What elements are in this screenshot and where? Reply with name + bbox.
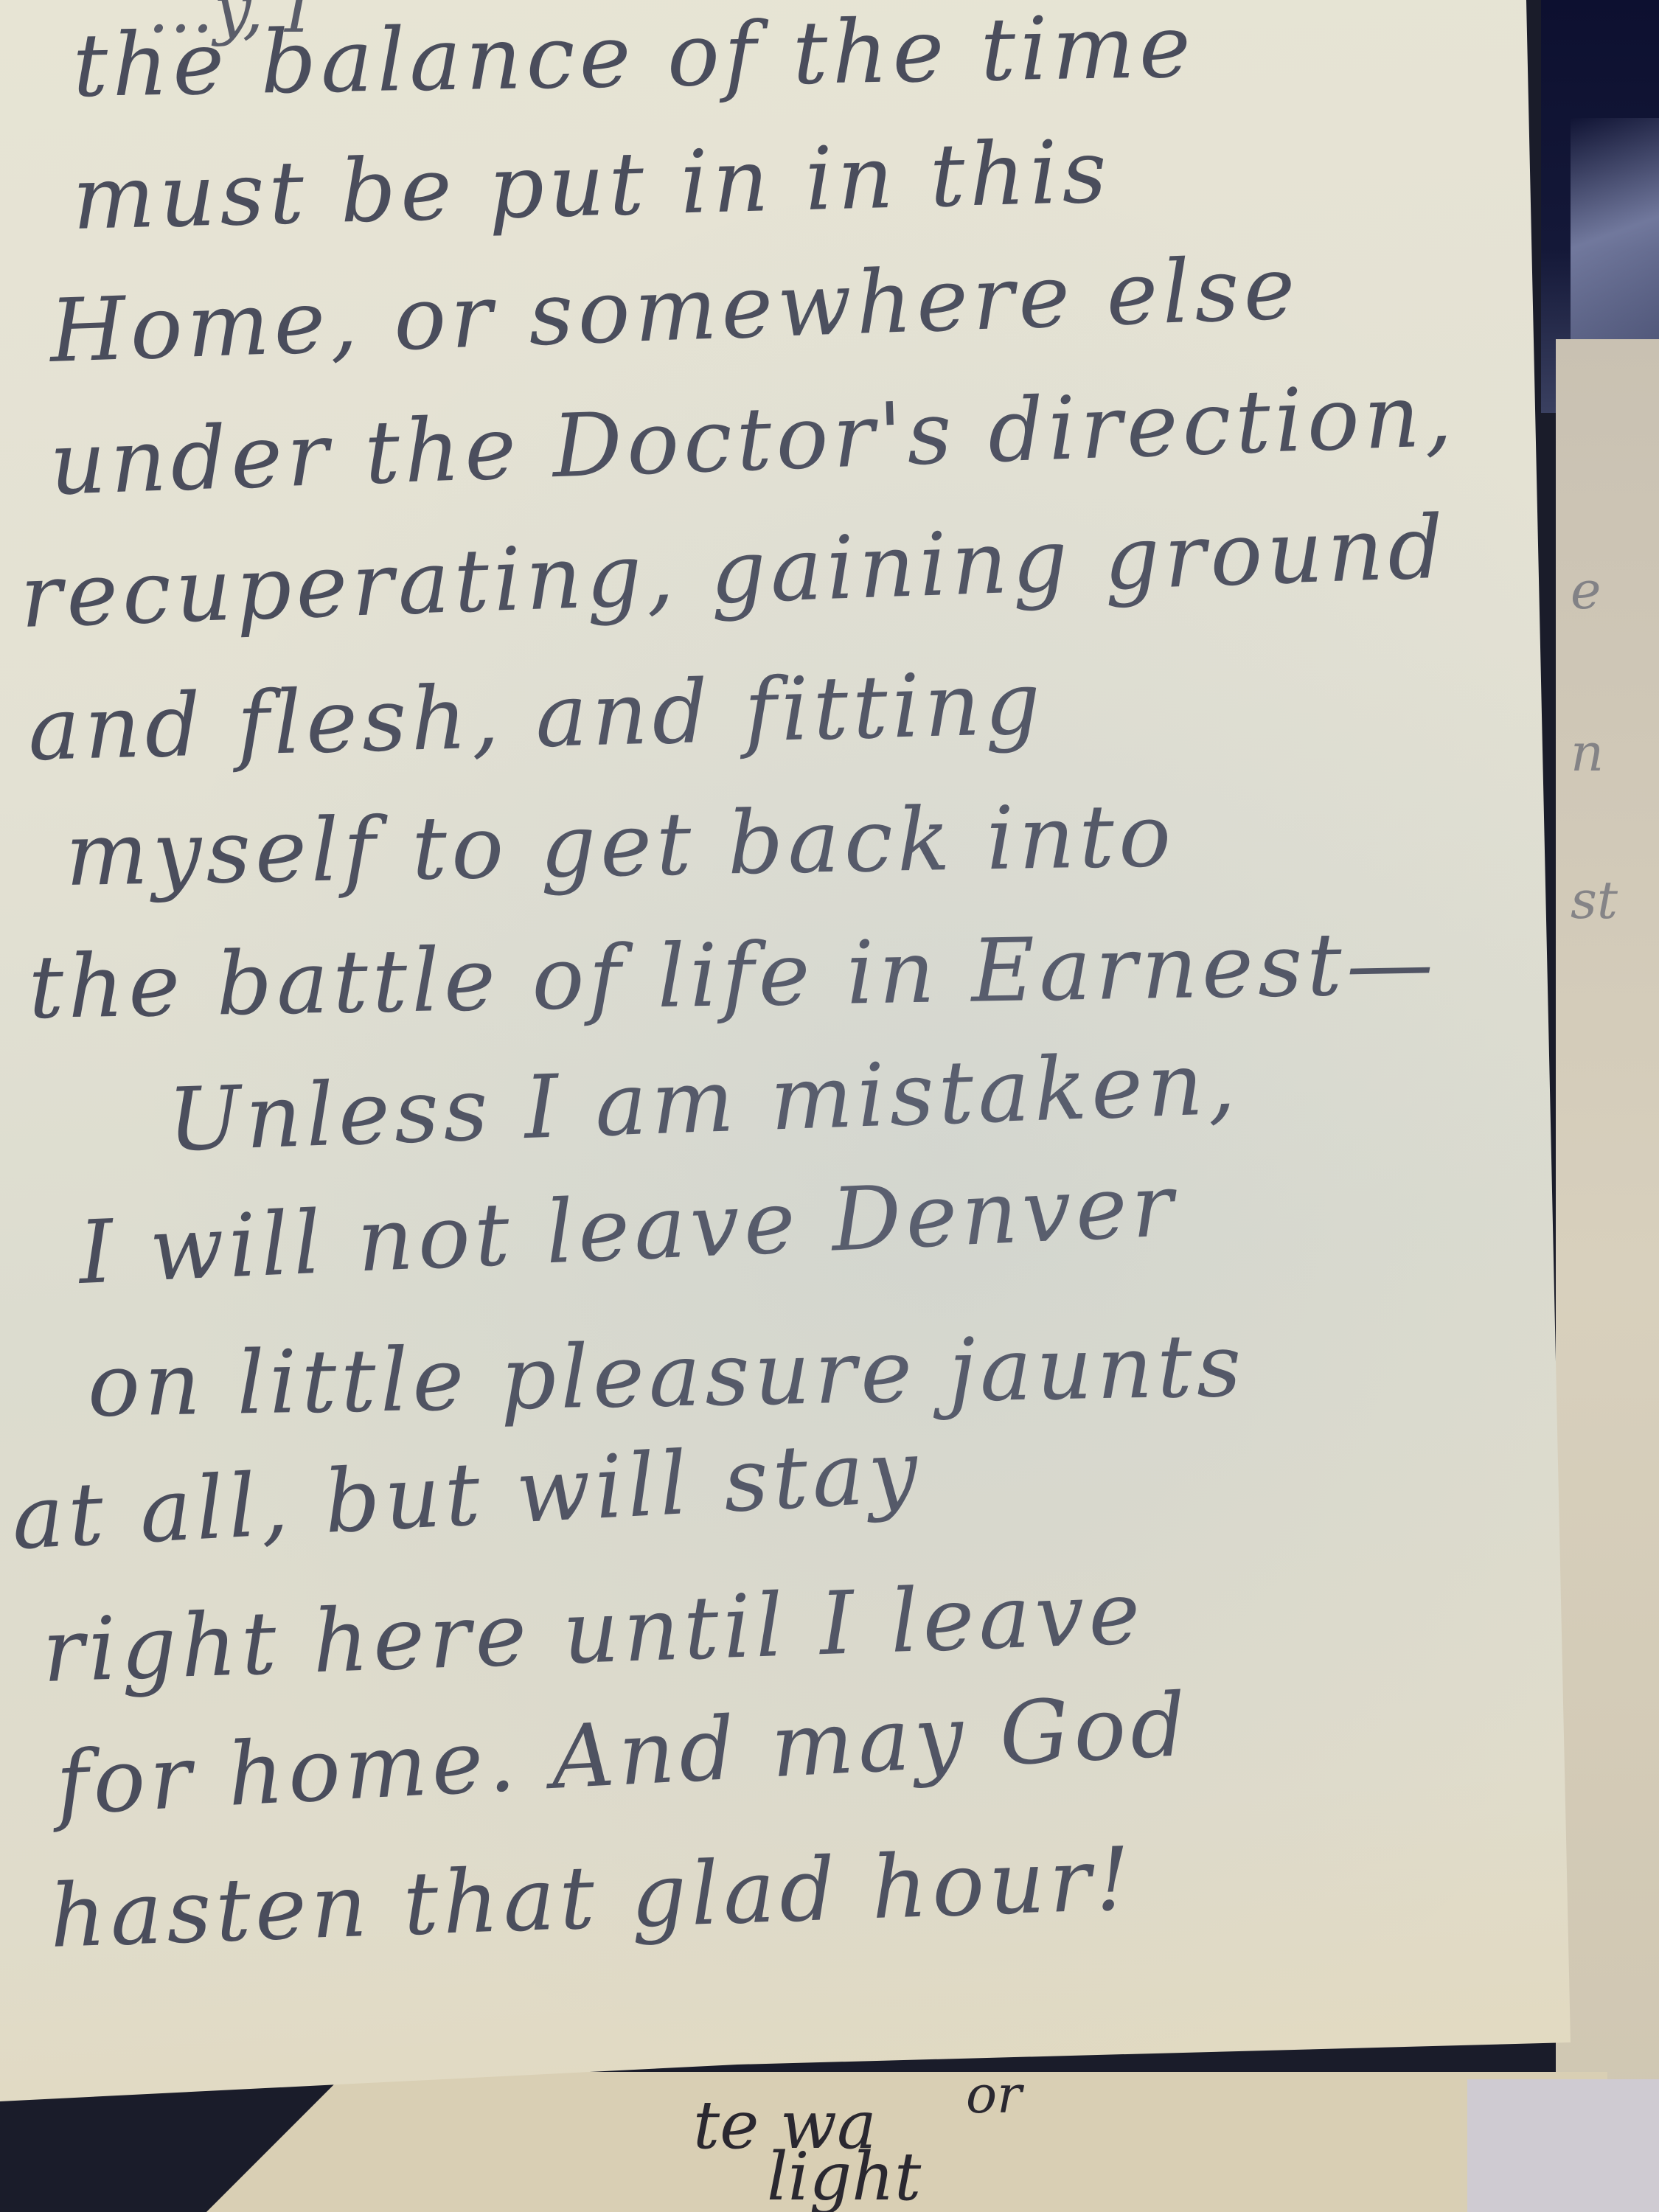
- handwritten-line: for home. And may God: [54, 1674, 1193, 1834]
- handwritten-line: under the Doctor's direction,: [48, 364, 1458, 515]
- handwritten-line: recuperating, gaining ground: [18, 495, 1450, 647]
- handwritten-line: at all, but will stay: [10, 1420, 925, 1569]
- handwritten-line: I will not leave Denver: [77, 1154, 1180, 1304]
- handwritten-line: hasten that glad hour!: [48, 1828, 1136, 1967]
- table-surface: [1467, 2079, 1659, 2212]
- handwritten-text: …y, I the balance of the time must be pu…: [0, 0, 1571, 2101]
- ghost-text: st: [1571, 870, 1618, 931]
- ghost-text: or: [966, 2065, 1022, 2125]
- handwritten-line: Home, or somewhere else: [48, 237, 1301, 382]
- letter-page: …y, I the balance of the time must be pu…: [0, 0, 1571, 2101]
- handwritten-line: right here until I leave: [41, 1562, 1146, 1702]
- handwritten-line: myself to get back into: [65, 785, 1177, 905]
- handwritten-line: and flesh, and fitting: [27, 652, 1046, 780]
- underlying-sheet-bottom: te wa or light: [206, 2072, 1607, 2212]
- handwritten-line: the battle of life in Earnest—: [28, 912, 1439, 1038]
- handwritten-line: must be put in in this: [71, 120, 1112, 249]
- ghost-text: light: [767, 2138, 921, 2212]
- ghost-text: e: [1571, 560, 1601, 621]
- underlying-sheet-right: e n st: [1556, 339, 1659, 2212]
- handwritten-line: the balance of the time: [72, 0, 1196, 116]
- handwritten-line: Unless I am mistaken,: [166, 1032, 1241, 1171]
- ghost-text: n: [1571, 723, 1604, 783]
- cut-off-line: …y, I: [147, 0, 311, 48]
- handwritten-line: on little pleasure jaunts: [87, 1315, 1247, 1436]
